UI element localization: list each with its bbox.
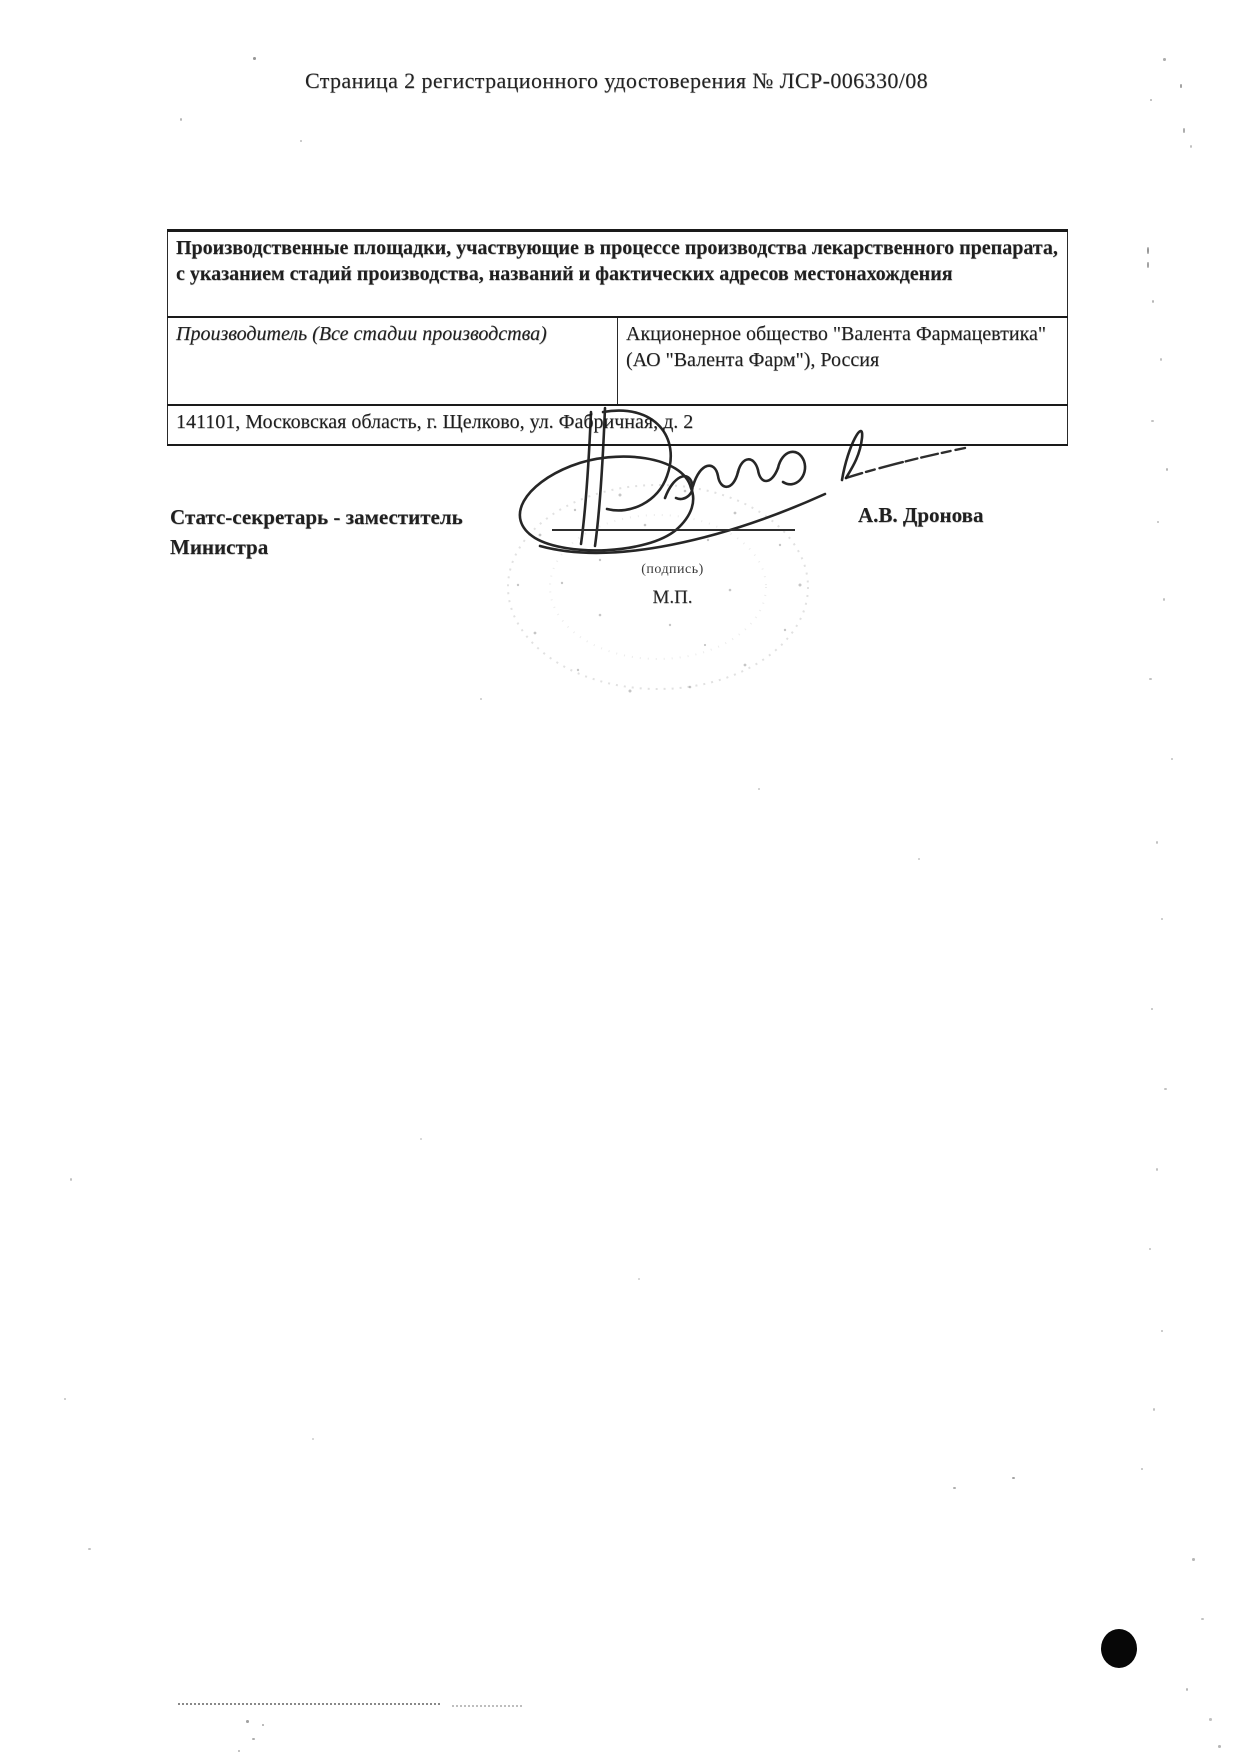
scan-noise-speck [1163,598,1165,601]
scan-noise-speck [64,1398,66,1400]
scan-noise-speck [1153,1408,1155,1411]
scan-noise-speck [300,140,302,142]
scan-noise-speck [1186,1688,1188,1691]
scan-noise-speck [1151,420,1154,422]
scan-noise-speck [758,788,760,790]
scan-noise-speck [953,1487,956,1489]
scan-noise-speck [1192,1558,1195,1561]
scan-noise-speck [1157,521,1159,523]
scan-noise-speck [180,118,182,121]
scan-noise-speck [1171,758,1173,760]
signer-name: А.В. Дронова [858,503,983,528]
seal-place-mark: М.П. [600,587,745,609]
manufacturer-value-cell: Акционерное общество "Валента Фармацевти… [618,317,1068,405]
signer-title-line2: Министра [170,532,530,562]
scan-noise-speck [1156,1168,1158,1171]
scan-noise-speck [252,1738,255,1740]
scan-noise-speck [1152,300,1154,303]
scan-noise-speck [88,1548,91,1550]
scan-noise-speck [1161,1330,1163,1332]
scan-noise-speck [1149,1248,1151,1250]
scan-noise-speck [1156,841,1158,844]
scan-noise-speck [246,1720,249,1723]
scan-artifact-dotted-line [178,1703,440,1705]
scan-noise-speck [480,698,482,700]
scan-noise-speck [1151,1008,1153,1010]
scan-noise-speck [70,1178,72,1181]
scan-noise-speck [1147,247,1149,254]
scan-noise-speck [1166,468,1168,471]
scan-noise-speck [1160,358,1162,361]
scan-noise-speck [918,858,920,860]
scan-noise-speck [1150,99,1152,101]
scan-noise-speck [1190,145,1192,148]
scan-noise-speck [1012,1477,1015,1479]
page-header: Страница 2 регистрационного удостоверени… [0,68,1233,94]
scan-noise-speck [1209,1718,1212,1721]
signature-line [552,529,795,531]
scan-noise-speck [1161,918,1163,920]
scan-noise-speck [1218,1745,1221,1748]
manufacturer-label-cell: Производитель (Все стадии производства) [168,317,618,405]
scan-noise-speck [253,57,256,60]
manufacturer-row: Производитель (Все стадии производства) … [168,317,1068,405]
table-header-row: Производственные площадки, участвующие в… [168,231,1068,318]
scan-noise-speck [1149,678,1152,680]
scanned-certificate-page: Страница 2 регистрационного удостоверени… [0,0,1233,1760]
table-header-cell: Производственные площадки, участвующие в… [168,231,1068,318]
scan-noise-speck [262,1724,264,1726]
scan-noise-speck [420,1138,422,1140]
scan-artifact-dotted-line-2 [452,1705,522,1707]
signature-caption: (подпись) [600,562,745,578]
scan-noise-speck [1141,1468,1143,1470]
signer-title-line1: Статс-секретарь - заместитель [170,502,530,532]
scan-noise-speck [1163,58,1166,61]
handwritten-signature [495,398,995,573]
scan-noise-speck [312,1438,314,1440]
scan-noise-speck [1164,1088,1167,1090]
scan-noise-speck [1183,128,1185,133]
punch-hole-dot [1101,1629,1137,1668]
scan-noise-speck [638,1278,640,1280]
scan-noise-speck [1201,1618,1204,1620]
scan-noise-speck [238,1750,240,1752]
scan-noise-speck [1180,84,1182,88]
scan-noise-speck [1147,262,1149,268]
